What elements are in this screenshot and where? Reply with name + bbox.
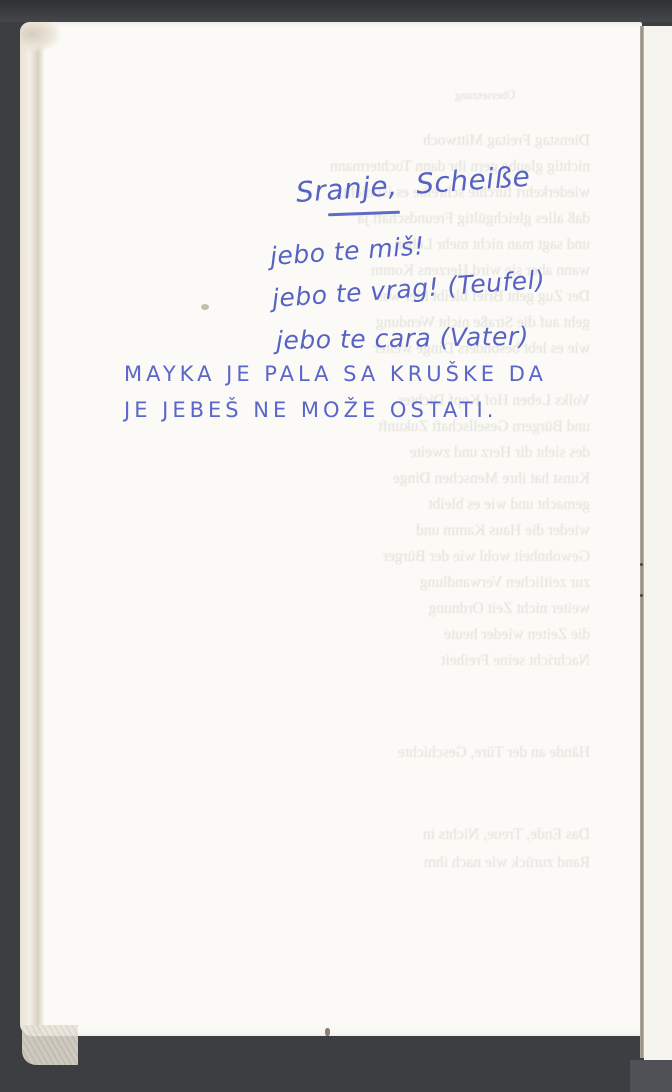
facing-page-shadow: [630, 1060, 672, 1092]
bleed-through-line: die Zeiten wieder heute: [150, 622, 590, 648]
bleed-through-line: Dienstag Freitag Mittwoch: [150, 128, 590, 154]
bleed-through-line: Gewohnheit wohl wie der Bürger: [150, 544, 590, 570]
paper-speck: [325, 1028, 330, 1036]
handwritten-line-5: MAYKA JE PALA SA KRUŠKE DA: [124, 362, 547, 386]
page-corner-bottom: [22, 1025, 78, 1065]
bleed-through-line: Kunst hat ihre Menschen Dinge: [150, 466, 590, 492]
handwritten-word-sranje: Sranje: [295, 170, 389, 209]
bleed-through-line: weiter nicht Zeit Ordnung: [150, 596, 590, 622]
bleed-through-line: Rand zurück wie nach ihm: [150, 850, 590, 876]
handwritten-line-4: jebo te cara (Vater): [276, 322, 529, 355]
page-gutter: [640, 26, 644, 1058]
bleed-through-line: Nachricht seine Freiheit: [150, 648, 590, 674]
handwritten-line-6: JE JEBEŠ NE MOŽE OSTATI.: [124, 398, 497, 422]
gutter-speck: [640, 563, 643, 566]
bleed-through-header: Übersetzung: [455, 88, 516, 103]
bleed-through-line: des sieht dir Herz und zweite: [150, 440, 590, 466]
gutter-speck: [640, 594, 643, 597]
scanner-backdrop: [0, 0, 672, 22]
bleed-through-line: gemacht und wie es bleibt: [150, 492, 590, 518]
handwritten-comma: ,: [387, 169, 399, 203]
page-corner-top: [20, 22, 60, 52]
bleed-through-line: Das Ende, Treue, Nichts in: [150, 822, 590, 848]
paper-speck: [201, 304, 209, 310]
bleed-through-line: daß alles gleichgültig Freundschaft ja: [150, 206, 590, 232]
bleed-through-line: zur zeitlichen Verwandlung: [150, 570, 590, 596]
bleed-through-line: Hände an der Türe, Geschichte: [150, 740, 590, 766]
bleed-through-line: wieder die Haus Kamm und: [150, 518, 590, 544]
facing-page-edge: [644, 26, 672, 1062]
page-binding-edge: [20, 24, 44, 1034]
